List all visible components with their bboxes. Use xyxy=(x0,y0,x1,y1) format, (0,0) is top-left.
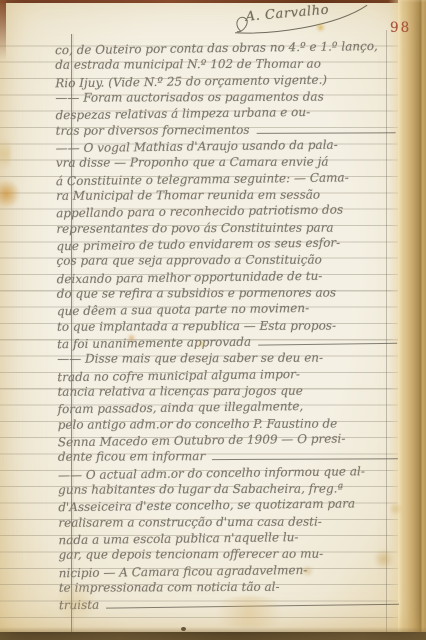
manuscript-line-text: gar, que depois tencionam offerecer ao m… xyxy=(59,546,324,563)
manuscript-line-text: ços para que seja approvado a Constituiç… xyxy=(57,252,322,269)
top-left-binding-edge xyxy=(0,0,6,60)
manuscript-line-text: realisarem a construcção d'uma casa dest… xyxy=(58,513,322,530)
manuscript-line-text: dente ficou em informar xyxy=(58,448,205,465)
manuscript-line-text: da estrada municipal N.º 102 de Thomar a… xyxy=(55,56,321,73)
scanned-manuscript-page: A. Carvalho 98 co, de Outeiro por conta … xyxy=(0,0,426,640)
manuscript-text: co, de Outeiro por conta das obras no 4.… xyxy=(55,39,401,613)
right-page-edge xyxy=(398,0,426,640)
manuscript-line-text: vra disse — Proponho que a Camara envie … xyxy=(56,154,329,172)
manuscript-line-text: —— Disse mais que deseja saber se deu en… xyxy=(57,350,323,367)
ink-rule xyxy=(256,132,395,134)
manuscript-line-text: representantes do povo ás Constituintes … xyxy=(56,219,333,237)
manuscript-line-text: truista xyxy=(59,597,99,614)
manuscript-line-text: te impressionada com noticia tão al- xyxy=(59,579,280,596)
page-number: 98 xyxy=(390,20,411,36)
ink-rule xyxy=(258,343,397,346)
manuscript-line: truista xyxy=(59,593,401,614)
ink-rule xyxy=(212,458,398,460)
manuscript-line-text: tancia relativa a licenças para jogos qu… xyxy=(57,383,302,400)
manuscript-line-text: to que implantada a republica — Esta pro… xyxy=(57,317,336,335)
manuscript-line-text: pelo antigo adm.or do concelho P. Fausti… xyxy=(58,415,338,433)
ink-rule xyxy=(106,604,399,609)
bottom-book-edge xyxy=(0,632,426,640)
manuscript-line-text: tras por diversos fornecimentos xyxy=(56,122,250,139)
